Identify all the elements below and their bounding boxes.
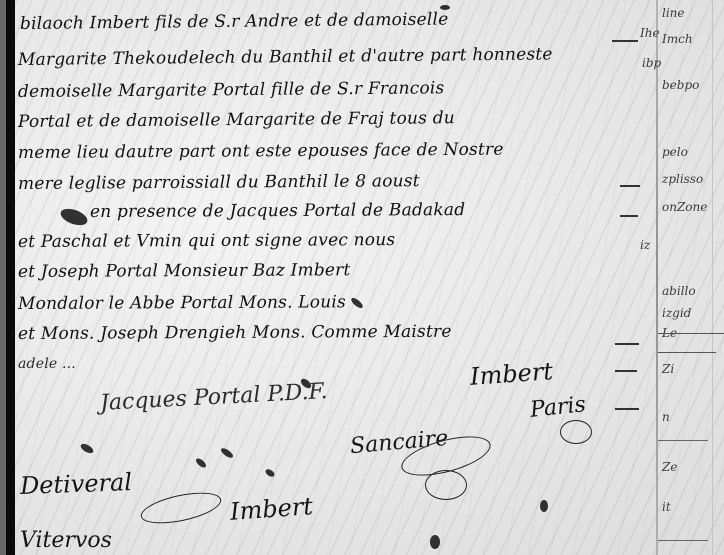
margin-rule-horizontal xyxy=(658,540,708,541)
text-line-12: adele ... xyxy=(18,356,76,372)
text-line-6: mere leglise parroissiall du Banthil le … xyxy=(18,171,420,194)
margin-note: iz xyxy=(640,238,650,252)
margin-note: abillo xyxy=(662,284,696,298)
margin-note: pelo xyxy=(662,145,688,159)
margin-rule-outer xyxy=(712,0,713,555)
margin-note: ibp xyxy=(642,56,661,70)
signature: Paris xyxy=(529,392,587,423)
ink-blot xyxy=(430,535,440,549)
signature: Vitervos xyxy=(20,528,112,553)
text-line-8: et Paschal et Vmin qui ont signe avec no… xyxy=(18,230,395,252)
margin-note: Ihe xyxy=(640,26,660,40)
signature: Jacques Portal P.D.F. xyxy=(100,379,328,416)
binding-shadow xyxy=(6,0,15,555)
margin-note: n xyxy=(662,410,670,424)
document-page: bilaoch Imbert fils de S.r Andre et de d… xyxy=(0,0,724,555)
ink-blot xyxy=(540,500,548,512)
ink-blot xyxy=(264,468,276,479)
signature-flourish xyxy=(425,470,467,500)
ink-blot xyxy=(194,457,207,469)
margin-note: Ze xyxy=(662,460,677,474)
text-line-5: meme lieu dautre part ont este epouses f… xyxy=(18,140,504,163)
signature-flourish xyxy=(560,420,592,444)
line-end-dash xyxy=(615,343,639,345)
ink-blot xyxy=(79,442,95,455)
ink-blot xyxy=(220,447,235,460)
margin-note: bebpo xyxy=(662,78,699,92)
margin-rule-horizontal xyxy=(658,333,724,334)
margin-rule-horizontal xyxy=(658,440,708,441)
text-line-4: Portal et de damoiselle Margarite de Fra… xyxy=(18,108,455,132)
text-line-1: bilaoch Imbert fils de S.r Andre et de d… xyxy=(20,10,449,34)
signature-flourish xyxy=(138,487,224,529)
text-line-7: en presence de Jacques Portal de Badakad xyxy=(90,200,465,222)
margin-note: it xyxy=(662,500,671,514)
margin-note: izgid xyxy=(662,306,691,320)
margin-note: onZone xyxy=(662,200,707,214)
margin-note: Imch xyxy=(662,32,693,46)
text-line-10: Mondalor le Abbe Portal Mons. Louis xyxy=(18,292,346,314)
signature: Imbert xyxy=(229,492,314,526)
margin-note: Zi xyxy=(662,362,674,376)
text-line-9: et Joseph Portal Monsieur Baz Imbert xyxy=(18,260,351,282)
signature: Detiveral xyxy=(20,468,133,500)
text-line-3: demoiselle Margarite Portal fille de S.r… xyxy=(18,78,445,102)
margin-note: zplisso xyxy=(662,172,703,186)
ink-blot xyxy=(350,296,365,310)
signature: Imbert xyxy=(469,357,554,391)
line-end-dash xyxy=(620,215,638,217)
margin-rule-horizontal xyxy=(658,352,716,353)
line-end-dash xyxy=(620,185,640,187)
text-line-2: Margarite Thekoudelech du Banthil et d'a… xyxy=(18,44,553,70)
ink-blot xyxy=(58,206,89,229)
margin-note: line xyxy=(662,6,685,20)
line-end-dash xyxy=(612,40,638,42)
line-end-dash xyxy=(615,408,639,410)
ink-blot xyxy=(440,5,450,10)
margin-rule xyxy=(656,0,658,555)
line-end-dash xyxy=(615,370,637,372)
text-line-11: et Mons. Joseph Drengieh Mons. Comme Mai… xyxy=(18,322,452,344)
